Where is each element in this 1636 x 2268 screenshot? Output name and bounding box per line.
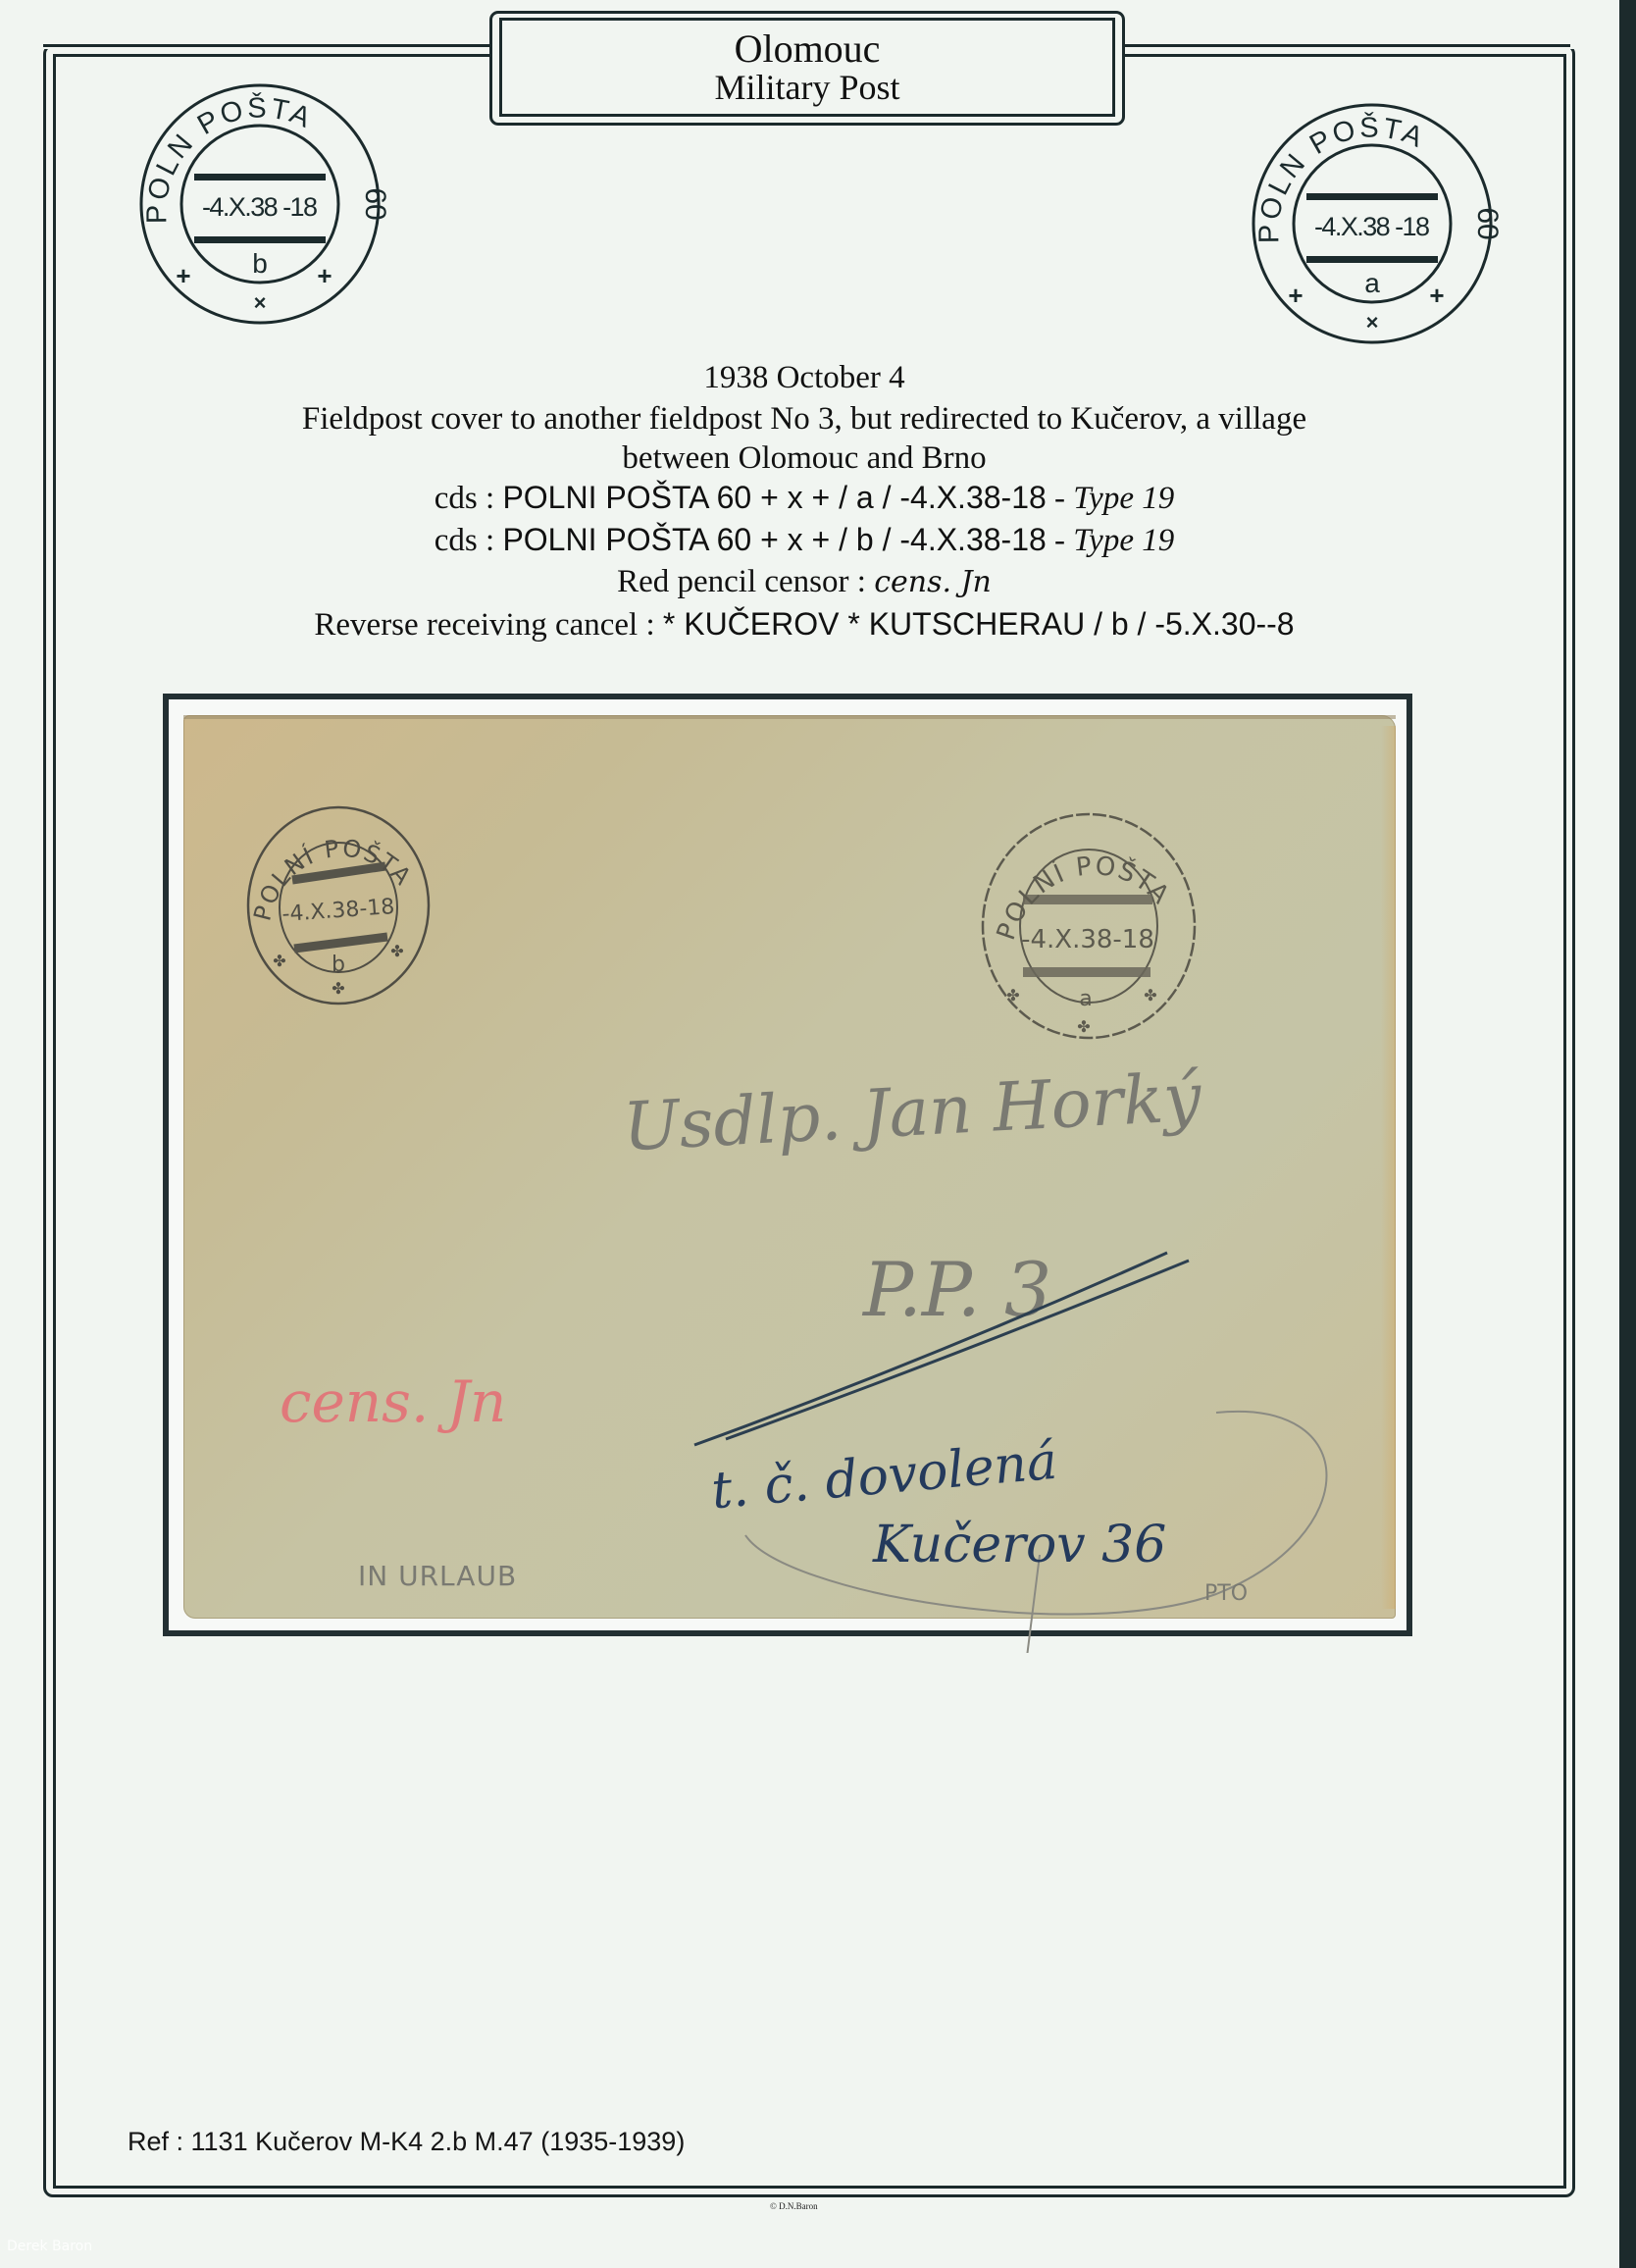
description-line-2: between Olomouc and Brno bbox=[157, 439, 1452, 477]
title-gap-right bbox=[1124, 37, 1577, 49]
cds-line-b: cds : POLNI POŠTA 60 + x + / b / -4.X.38… bbox=[157, 519, 1452, 561]
frame-top-line bbox=[1124, 44, 1570, 47]
svg-text:-4.X.38-18: -4.X.38-18 bbox=[281, 895, 395, 927]
title-gap-left bbox=[43, 37, 490, 49]
title-subtitle: Military Post bbox=[714, 70, 899, 106]
cover-postmark-a: POLNÍ POŠTA 60 -4.X.38-18 a ✤ ✤ ✤ bbox=[976, 804, 1201, 1045]
catalogue-reference: Ref : 1131 Kučerov M-K4 2.b M.47 (1935-1… bbox=[128, 2127, 685, 2157]
svg-text:-4.X.38 -18: -4.X.38 -18 bbox=[1314, 212, 1430, 241]
redirect-line-2-ink: Kučerov 36 bbox=[873, 1516, 1166, 1574]
envelope-top-edge bbox=[183, 715, 1396, 719]
title-city: Olomouc bbox=[735, 29, 881, 70]
description-block: 1938 October 4 Fieldpost cover to anothe… bbox=[157, 357, 1452, 645]
svg-text:60: 60 bbox=[1471, 207, 1500, 239]
svg-text:✤: ✤ bbox=[1077, 1019, 1090, 1036]
svg-text:+: + bbox=[1429, 281, 1444, 310]
copyright-notice: © D.N.Baron bbox=[770, 2201, 818, 2211]
svg-text:a: a bbox=[1364, 268, 1380, 298]
censor-line: Red pencil censor : cens. Jn bbox=[157, 561, 1452, 603]
cds-line-a: cds : POLNI POŠTA 60 + x + / a / -4.X.38… bbox=[157, 477, 1452, 519]
svg-text:×: × bbox=[1366, 310, 1379, 335]
svg-text:✤: ✤ bbox=[273, 954, 285, 970]
red-censor-mark: cens. Jn bbox=[280, 1368, 506, 1435]
cover-postmark-b: POLNÍ POŠTA 60 -4.X.38-18 b ✤ ✤ ✤ bbox=[240, 799, 436, 1005]
reverse-cancel-line: Reverse receiving cancel : * KUČEROV * K… bbox=[157, 603, 1452, 645]
svg-text:✤: ✤ bbox=[1006, 988, 1019, 1005]
svg-text:POLNÍ POŠTA 60: POLNÍ POŠTA 60 bbox=[976, 804, 1184, 944]
reference-postmark-a: POLN POŠTA 60 -4.X.38 -18 a + × + bbox=[1245, 96, 1500, 351]
frame-top-line-inner bbox=[1124, 54, 1566, 57]
page-title: Olomouc Military Post bbox=[499, 18, 1115, 117]
svg-text:✤: ✤ bbox=[1144, 988, 1156, 1005]
svg-text:b: b bbox=[332, 953, 345, 977]
svg-text:-4.X.38 -18: -4.X.38 -18 bbox=[202, 192, 318, 222]
svg-text:-4.X.38-18: -4.X.38-18 bbox=[1021, 925, 1154, 954]
description-line-1: Fieldpost cover to another fieldpost No … bbox=[157, 398, 1452, 439]
cover-date: 1938 October 4 bbox=[157, 357, 1452, 398]
frame-top-line bbox=[43, 44, 490, 47]
svg-text:+: + bbox=[176, 261, 190, 290]
scan-edge-strip bbox=[1619, 0, 1636, 2268]
reference-postmark-b: POLN POŠTA 60 -4.X.38 -18 b + × + bbox=[132, 77, 387, 332]
svg-text:b: b bbox=[252, 248, 268, 279]
svg-text:✤: ✤ bbox=[390, 944, 403, 960]
svg-text:✤: ✤ bbox=[332, 981, 344, 998]
note-in-urlaub: IN URLAUB bbox=[358, 1560, 517, 1592]
watermark: Derek Baron bbox=[7, 2239, 92, 2254]
note-pto: PTO bbox=[1204, 1581, 1248, 1606]
svg-text:+: + bbox=[317, 261, 332, 290]
svg-text:×: × bbox=[254, 290, 267, 315]
svg-text:60: 60 bbox=[359, 187, 387, 220]
svg-text:+: + bbox=[1288, 281, 1303, 310]
svg-text:a: a bbox=[1079, 987, 1092, 1011]
frame-top-line-inner bbox=[53, 54, 490, 57]
